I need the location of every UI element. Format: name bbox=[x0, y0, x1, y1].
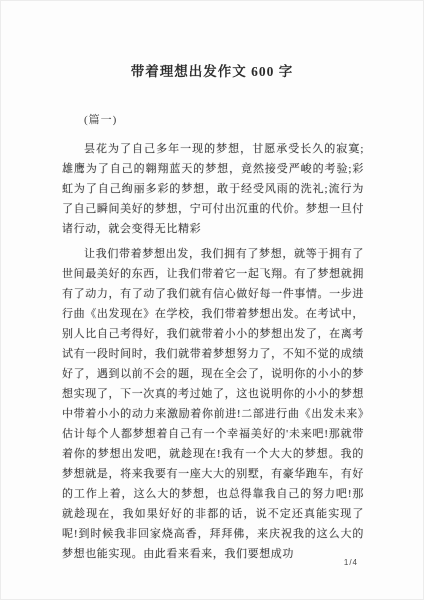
document-body: 昙花为了自己多年一现的梦想，甘愿承受长久的寂寞;雄鹰为了自己的翱翔蓝天的梦想，竟… bbox=[62, 139, 364, 564]
paragraph-2: 让我们带着梦想出发，我们拥有了梦想，就等于拥有了世间最美好的东西，让我们带着它一… bbox=[62, 244, 364, 564]
paragraph-1: 昙花为了自己多年一现的梦想，甘愿承受长久的寂寞;雄鹰为了自己的翱翔蓝天的梦想，竟… bbox=[62, 139, 364, 239]
section-label: (篇一) bbox=[84, 111, 117, 127]
page-number: 1/4 bbox=[344, 558, 358, 567]
document-title: 带着理想出发作文 600 字 bbox=[0, 60, 424, 80]
document-page: 带着理想出发作文 600 字 (篇一) 昙花为了自己多年一现的梦想，甘愿承受长久… bbox=[0, 0, 424, 600]
